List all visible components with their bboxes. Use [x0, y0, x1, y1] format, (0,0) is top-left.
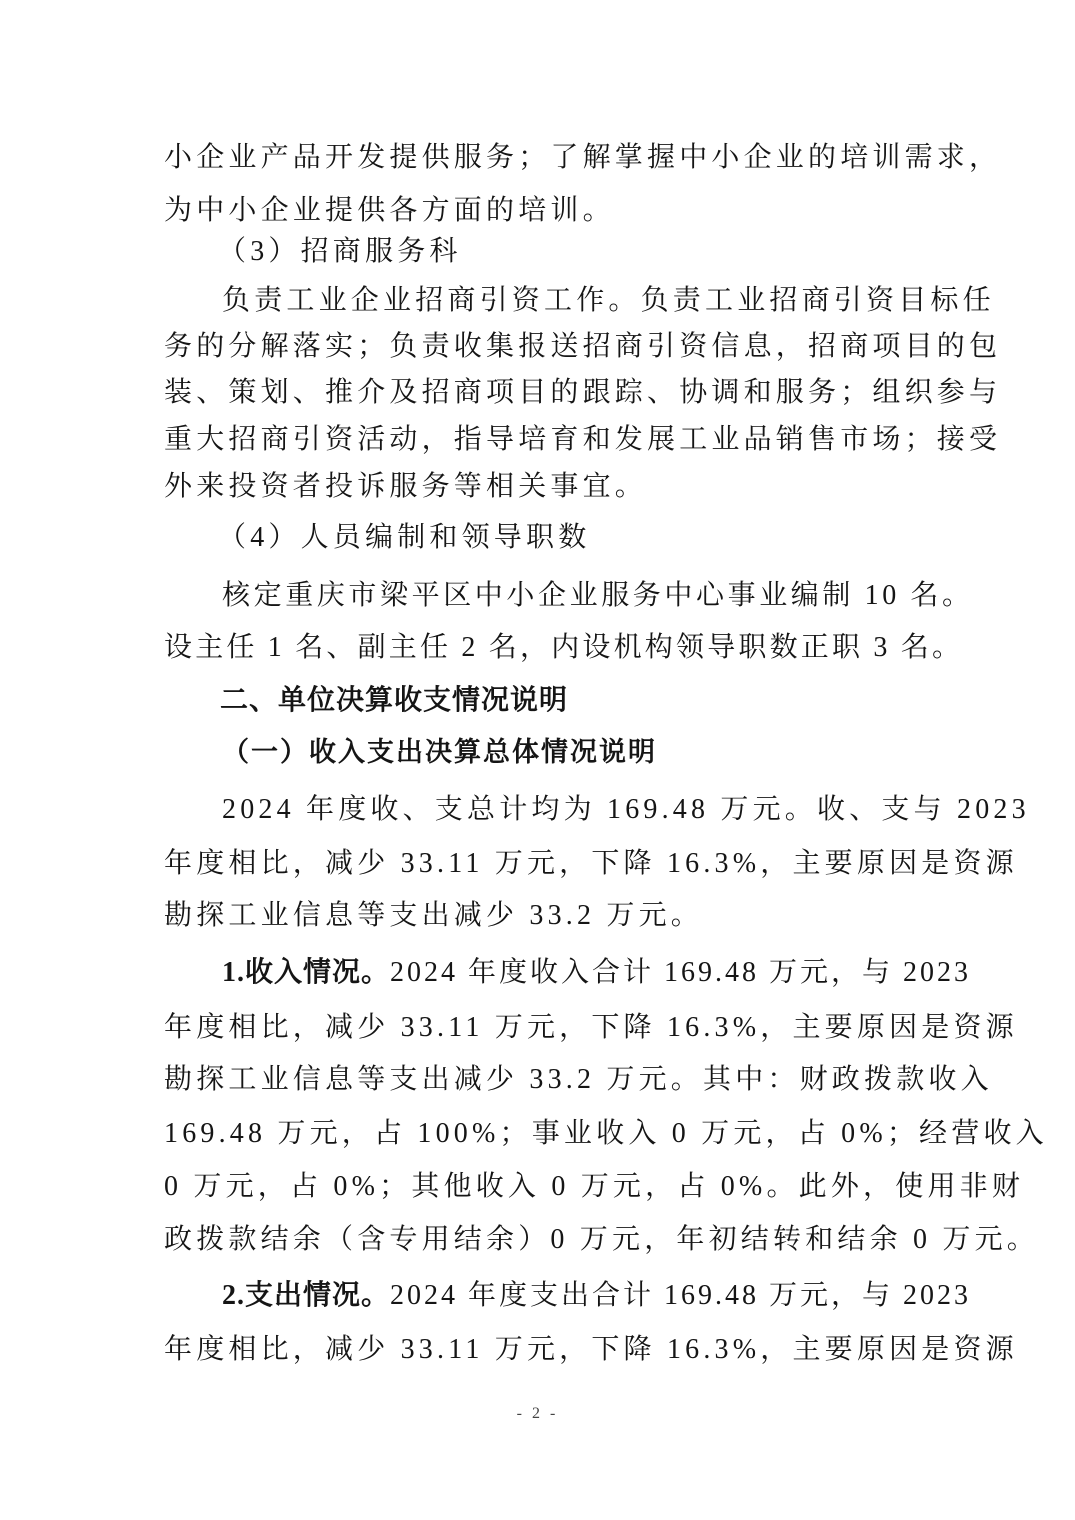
body-line: 2024 年度收入合计 169.48 万元，与 2023 [390, 953, 971, 993]
body-line: 勘探工业信息等支出减少 33.2 万元。 [164, 896, 914, 936]
page-number: - 2 - [0, 1405, 1075, 1423]
body-line: 勘探工业信息等支出减少 33.2 万元。其中：财政拨款收入 [164, 1060, 914, 1100]
body-line: 年度相比，减少 33.11 万元，下降 16.3%，主要原因是资源 [164, 1330, 914, 1370]
expense-first-line: 2.支出情况。 2024 年度支出合计 169.48 万元，与 2023 [222, 1276, 914, 1316]
body-line: 务的分解落实；负责收集报送招商引资信息，招商项目的包 [164, 327, 914, 367]
subsection-heading-4: （4）人员编制和领导职数 [218, 518, 910, 558]
body-line: 年度相比，减少 33.11 万元，下降 16.3%，主要原因是资源 [164, 1008, 914, 1048]
body-line: 政拨款结余（含专用结余）0 万元，年初结转和结余 0 万元。 [164, 1220, 914, 1260]
subsection-heading: （一）收入支出决算总体情况说明 [222, 733, 914, 773]
body-line: 核定重庆市梁平区中小企业服务中心事业编制 10 名。 [222, 576, 914, 616]
body-line: 重大招商引资活动，指导培育和发展工业品销售市场；接受 [164, 420, 914, 460]
section-heading: 二、单位决算收支情况说明 [220, 680, 912, 720]
body-line: 设主任 1 名、副主任 2 名，内设机构领导职数正职 3 名。 [164, 628, 914, 668]
income-lead: 1.收入情况。 [222, 953, 390, 993]
body-line: 0 万元，占 0%；其他收入 0 万元，占 0%。此外，使用非财 [164, 1167, 914, 1207]
body-line: 小企业产品开发提供服务；了解掌握中小企业的培训需求， [164, 138, 914, 178]
subsection-heading-3: （3）招商服务科 [218, 232, 910, 272]
expense-lead: 2.支出情况。 [222, 1276, 390, 1316]
body-line: 为中小企业提供各方面的培训。 [164, 191, 914, 231]
body-line: 外来投资者投诉服务等相关事宜。 [164, 467, 914, 507]
body-line: 169.48 万元，占 100%；事业收入 0 万元，占 0%；经营收入 [164, 1114, 914, 1154]
body-line: 年度相比，减少 33.11 万元，下降 16.3%，主要原因是资源 [164, 844, 914, 884]
income-first-line: 1.收入情况。 2024 年度收入合计 169.48 万元，与 2023 [222, 953, 914, 993]
body-line: 负责工业企业招商引资工作。负责工业招商引资目标任 [222, 281, 914, 321]
body-line: 装、策划、推介及招商项目的跟踪、协调和服务；组织参与 [164, 373, 914, 413]
document-page: 小企业产品开发提供服务；了解掌握中小企业的培训需求， 为中小企业提供各方面的培训… [0, 0, 1075, 1520]
body-line: 2024 年度收、支总计均为 169.48 万元。收、支与 2023 [222, 790, 914, 830]
body-line: 2024 年度支出合计 169.48 万元，与 2023 [390, 1276, 971, 1316]
